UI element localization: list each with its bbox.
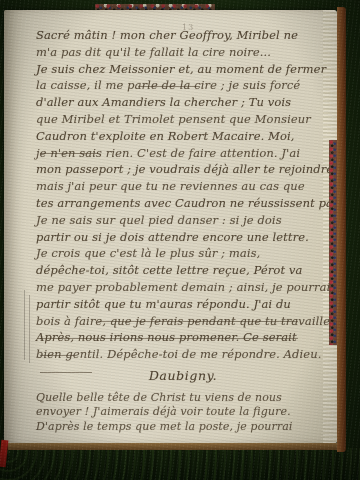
photograph-background: 13 Sacré mâtin ! mon cher Geoffroy, Miri… [0, 0, 360, 480]
postscript-line: envoyer ! J'aimerais déjà voir toute la … [36, 405, 330, 420]
pencil-margin-mark [29, 295, 30, 363]
letter-line: Je suis chez Meissonier et, au moment de… [36, 62, 330, 79]
letter-line: me payer probablement demain ; ainsi, je… [36, 280, 330, 297]
letter-line: Caudron t'exploite en Robert Macaire. Mo… [36, 129, 330, 146]
letter-line: dépêche-toi, sitôt cette lettre reçue, P… [36, 263, 330, 280]
ink-underline [40, 372, 92, 373]
book-binding-edge [337, 7, 346, 452]
ink-underline [138, 86, 200, 87]
letter-line: Sacré mâtin ! mon cher Geoffroy, Miribel… [36, 28, 330, 45]
ink-underline [40, 153, 98, 154]
letter-line: Je ne sais sur quel pied danser : si je … [36, 213, 330, 230]
book-cover-edge [8, 443, 340, 450]
letter-line: que Miribel et Trimolet pensent que Mons… [36, 112, 330, 129]
letter-line: Je crois que c'est là le plus sûr ; mais… [36, 246, 330, 263]
fabric-texture [0, 448, 360, 480]
letter-line: m'a pas dit qu'il te fallait la cire noi… [36, 45, 330, 62]
postscript-line: Quelle belle tête de Christ tu viens de … [36, 391, 330, 406]
letter-line: d'aller aux Amandiers la chercher ; Tu v… [36, 95, 330, 112]
letter-line: mais j'ai peur que tu ne reviennes au ca… [36, 179, 330, 196]
ink-underline [40, 338, 298, 339]
letter-line: mon passeport ; je voudrais déjà aller t… [36, 162, 330, 179]
ink-underline [98, 321, 298, 322]
signature: Daubigny. [36, 368, 330, 386]
letter-line: partir sitôt que tu m'auras répondu. J'a… [36, 297, 330, 314]
ink-underline [40, 355, 74, 356]
marbled-edge-right [329, 140, 337, 345]
pencil-margin-mark [24, 290, 25, 360]
letter-line: tes arrangements avec Caudron ne réussis… [36, 196, 330, 213]
handwritten-text: Sacré mâtin ! mon cher Geoffroy, Miribel… [36, 28, 330, 434]
letter-line: bien gentil. Dépêche-toi de me répondre.… [36, 347, 330, 364]
postscript: Quelle belle tête de Christ tu viens de … [36, 391, 330, 435]
postscript-line: D'après le temps que met la poste, je po… [36, 420, 330, 435]
letter-line: partir ou si je dois attendre encore une… [36, 230, 330, 247]
